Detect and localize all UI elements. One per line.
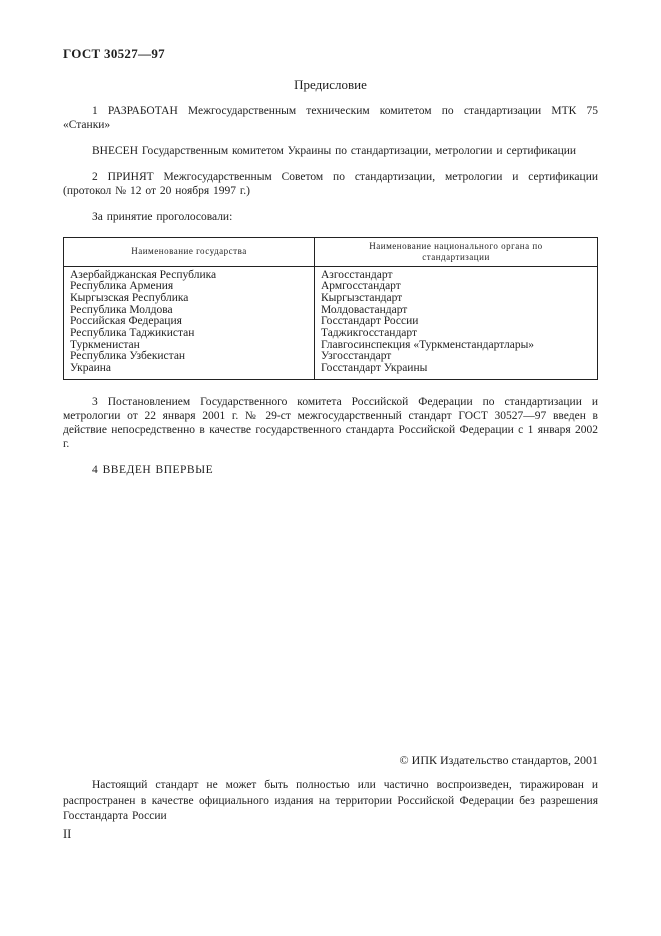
table-row: Азербайджанская Республика Азгосстандарт	[64, 266, 598, 281]
table-header-state: Наименование государства	[64, 237, 315, 266]
copyright-notice: © ИПК Издательство стандартов, 2001	[400, 753, 598, 767]
clause-submitted: ВНЕСЕН Государственным комитетом Украины…	[63, 144, 598, 158]
voting-table: Наименование государства Наименование на…	[63, 237, 598, 380]
restriction-notice: Настоящий стандарт не может быть полност…	[63, 778, 598, 825]
clause-developed: 1 РАЗРАБОТАН Межгосударственным техничес…	[63, 104, 598, 132]
table-header-org: Наименование национального органа по ста…	[314, 237, 597, 266]
state-cell: Азербайджанская Республика	[64, 266, 315, 281]
clause-enacted: 3 Постановлением Государственного комите…	[63, 395, 598, 451]
org-cell: Азгосстандарт	[314, 266, 597, 281]
state-cell: Украина	[64, 363, 315, 379]
page-content: ГОСТ 30527—97 Предисловие 1 РАЗРАБОТАН М…	[63, 0, 598, 488]
preface-title: Предисловие	[63, 78, 598, 92]
org-cell: Кыргызстандарт	[314, 293, 597, 305]
state-cell: Кыргызская Республика	[64, 293, 315, 305]
org-cell: Госстандарт Украины	[314, 363, 597, 379]
table-row: Кыргызская Республика Кыргызстандарт	[64, 293, 598, 305]
document-page: ГОСТ 30527—97 Предисловие 1 РАЗРАБОТАН М…	[0, 0, 661, 936]
clause-first-time: 4 ВВЕДЕН ВПЕРВЫЕ	[63, 463, 598, 477]
table-header-row: Наименование государства Наименование на…	[64, 237, 598, 266]
vote-intro: За принятие проголосовали:	[63, 210, 598, 224]
org-cell: Таджикгосстандарт	[314, 328, 597, 340]
table-row: Украина Госстандарт Украины	[64, 363, 598, 379]
doc-number: ГОСТ 30527—97	[63, 47, 598, 61]
state-cell: Республика Таджикистан	[64, 328, 315, 340]
table-row: Республика Таджикистан Таджикгосстандарт	[64, 328, 598, 340]
clause-adopted: 2 ПРИНЯТ Межгосударственным Советом по с…	[63, 170, 598, 198]
table-body: Азербайджанская Республика Азгосстандарт…	[64, 266, 598, 379]
page-number: II	[63, 827, 71, 841]
